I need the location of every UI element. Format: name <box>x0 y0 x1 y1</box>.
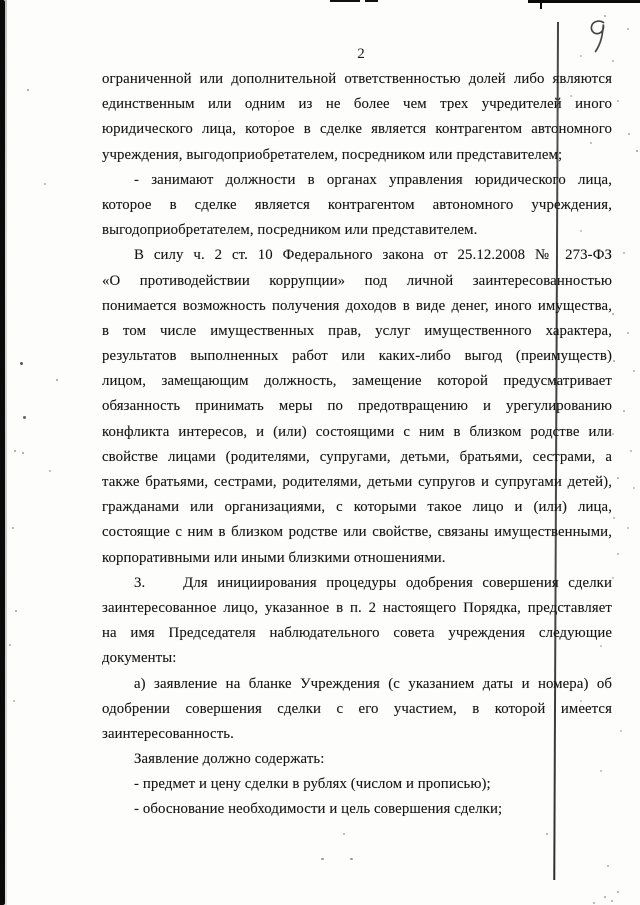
scan-speck <box>620 730 622 732</box>
text-line: одобрении совершения сделки с его участи… <box>102 697 612 722</box>
scan-speck <box>321 858 324 860</box>
scan-speck <box>13 700 15 702</box>
scan-speck <box>546 833 548 835</box>
scan-speck <box>627 28 629 30</box>
text-line: ограниченной или дополнительной ответств… <box>102 67 612 92</box>
text-line: - занимают должности в органах управлени… <box>102 168 612 193</box>
text-line: свойстве лицами (родителями, супругами, … <box>102 445 612 470</box>
text-line: а) заявление на бланке Учреждения (с ука… <box>102 672 612 697</box>
scan-speck <box>617 891 619 893</box>
scan-top-tick <box>540 0 542 9</box>
scan-speck <box>612 60 614 62</box>
scan-speck <box>590 142 592 144</box>
text-line: конфликта интересов, и (или) состоящими … <box>102 420 612 445</box>
text-line: лицом, замещающим должность, замещение к… <box>102 369 612 394</box>
scan-speck <box>27 89 29 91</box>
scan-speck <box>613 360 615 362</box>
scan-speck <box>617 477 619 479</box>
scan-top-edge-mark <box>365 0 378 2</box>
scan-left-edge-shadow <box>5 0 7 905</box>
text-line: Заявление должно содержать: <box>102 747 612 772</box>
text-line: - предмет и цену сделки в рублях (числом… <box>102 772 612 797</box>
scan-speck <box>278 120 280 122</box>
scan-speck <box>600 645 602 647</box>
scan-speck <box>15 610 17 612</box>
scan-speck <box>628 133 630 135</box>
paragraph: а) заявление на бланке Учреждения (с ука… <box>102 672 612 748</box>
text-line: заинтересованность. <box>102 722 612 747</box>
scan-speck <box>600 770 602 772</box>
scan-speck <box>623 252 625 254</box>
scan-speck <box>612 433 614 435</box>
scan-speck <box>9 644 11 646</box>
page-number: 2 <box>346 46 376 63</box>
text-line: корпоративными или иными близкими отноше… <box>102 546 612 571</box>
scan-speck <box>611 900 613 902</box>
scan-speck <box>612 577 614 579</box>
scan-speck <box>630 450 632 452</box>
scan-speck <box>350 858 353 860</box>
scan-speck <box>570 95 572 97</box>
handwritten-page-mark <box>586 17 610 55</box>
text-line: результатов выполненных работ или каких-… <box>102 344 612 369</box>
text-line: понимается возможность получения доходов… <box>102 294 612 319</box>
paragraph: В силу ч. 2 ст. 10 Федерального закона о… <box>102 243 612 570</box>
text-line: в том числе имущественных прав, услуг им… <box>102 319 612 344</box>
scan-speck <box>636 150 638 152</box>
text-line: гражданами или организациями, с которыми… <box>102 495 612 520</box>
paragraph: - занимают должности в органах управлени… <box>102 168 612 244</box>
scan-speck <box>617 100 619 102</box>
text-line: 3. Для инициирования процедуры одобрения… <box>102 571 612 596</box>
document-text: ограниченной или дополнительной ответств… <box>102 67 612 823</box>
scan-speck <box>617 553 619 555</box>
text-line: выгодоприобретателем, посредником или пр… <box>102 218 612 243</box>
scan-speck <box>20 362 23 365</box>
scan-speck <box>56 379 58 381</box>
scan-speck <box>612 313 614 315</box>
scan-speck <box>593 902 595 904</box>
scan-speck <box>23 416 26 419</box>
text-line: единственным или одним из не более чем т… <box>102 92 612 117</box>
text-line: которое в сделке является контрагентом а… <box>102 193 612 218</box>
text-line: документы: <box>102 646 612 671</box>
text-line: юридического лица, которое в сделке явля… <box>102 117 612 142</box>
scan-speck <box>607 865 609 867</box>
scan-speck <box>613 517 615 519</box>
text-line: В силу ч. 2 ст. 10 Федерального закона о… <box>102 243 612 268</box>
scan-speck <box>623 410 625 412</box>
scan-speck <box>580 55 582 57</box>
scan-speck <box>604 15 606 17</box>
paragraph: 3. Для инициирования процедуры одобрения… <box>102 571 612 672</box>
scanned-page: 2 ограниченной или дополнительной ответс… <box>0 0 640 905</box>
paragraph: Заявление должно содержать: <box>102 747 612 772</box>
scan-speck <box>580 700 582 702</box>
text-line: состоящие с ним в близком родстве или св… <box>102 520 612 545</box>
text-line: «О противодействии коррупции» под личной… <box>102 269 612 294</box>
text-line: учреждения, выгодоприобретателем, посред… <box>102 143 612 168</box>
paragraph: ограниченной или дополнительной ответств… <box>102 67 612 168</box>
scan-speck <box>633 370 635 372</box>
scan-speck <box>580 230 582 232</box>
scan-speck <box>627 332 629 334</box>
text-line: обязанность принимать меры по предотвращ… <box>102 394 612 419</box>
scan-top-edge-mark <box>330 0 360 2</box>
text-line: заинтересованное лицо, указанное в п. 2 … <box>102 596 612 621</box>
scan-speck <box>22 452 24 454</box>
scan-speck <box>604 896 606 898</box>
text-line: на имя Председателя наблюдательного сове… <box>102 621 612 646</box>
scan-top-edge-mark <box>528 0 640 3</box>
scan-speck <box>12 527 14 529</box>
text-line: - обоснование необходимости и цель совер… <box>102 797 612 822</box>
paragraph: - предмет и цену сделки в рублях (числом… <box>102 772 612 797</box>
scan-speck <box>44 183 46 185</box>
scan-speck <box>633 487 635 489</box>
scan-speck <box>343 833 345 835</box>
paragraph: - обоснование необходимости и цель совер… <box>102 797 612 822</box>
scan-speck <box>627 527 629 529</box>
handwritten-nine-icon <box>586 17 610 55</box>
scan-speck <box>49 470 51 472</box>
text-line: также братьями, сестрами, родителями, де… <box>102 470 612 495</box>
scan-speck <box>14 450 16 452</box>
